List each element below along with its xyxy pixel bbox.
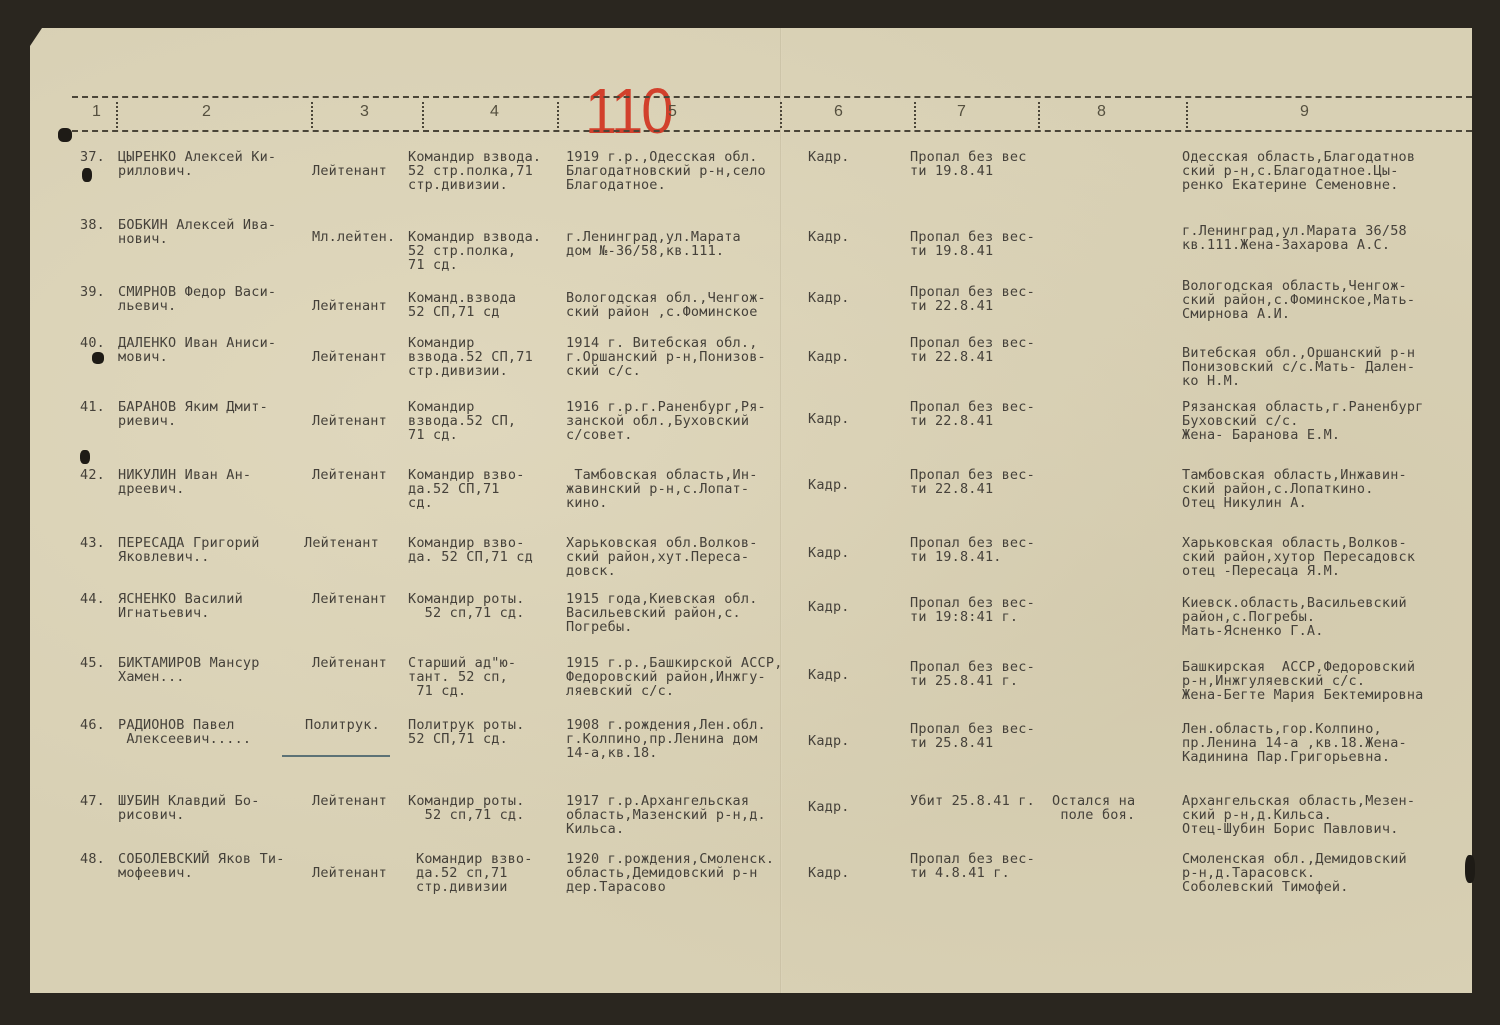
row-number: 44. — [80, 592, 105, 606]
rank: Лейтенант — [304, 536, 379, 550]
ink-underline — [282, 755, 390, 757]
birth-address: 1915 года,Киевская обл. Васильевский рай… — [566, 592, 758, 634]
fate: Пропал без вес- ти 4.8.41 г. — [910, 852, 1035, 880]
row-number: 40. — [80, 336, 105, 350]
position: Командир роты. 52 сп,71 сд. — [408, 794, 525, 822]
column-number: 5 — [668, 103, 677, 121]
position: Командир взвода. 52 стр.полка, 71 сд. — [408, 230, 541, 272]
service-type: Кадр. — [808, 230, 850, 244]
column-number: 2 — [202, 103, 211, 121]
service-type: Кадр. — [808, 866, 850, 880]
person-name: ШУБИН Клавдий Бо- рисович. — [118, 794, 260, 822]
service-type: Кадр. — [808, 412, 850, 426]
column-number: 3 — [360, 103, 369, 121]
column-number: 7 — [957, 103, 966, 121]
row-number: 41. — [80, 400, 105, 414]
ink-blot — [58, 128, 72, 142]
person-name: НИКУЛИН Иван Ан- дреевич. — [118, 468, 251, 496]
column-number: 1 — [92, 103, 101, 121]
fate: Пропал без вес- ти 22.8.41 — [910, 468, 1035, 496]
column-separator — [557, 102, 559, 128]
family-address: Вологодская область,Ченгож- ский район,с… — [1182, 279, 1415, 321]
position: Командир взво- да. 52 СП,71 сд — [408, 536, 533, 564]
fate: Пропал без вес- ти 22.8.41 — [910, 400, 1035, 428]
rank: Лейтенант — [312, 336, 387, 364]
header-rule-bottom — [72, 130, 1472, 132]
rank: Лейтенант — [312, 794, 387, 808]
family-address: Харьковская область,Волков- ский район,х… — [1182, 536, 1415, 578]
family-address: Киевск.область,Васильевский район,с.Погр… — [1182, 596, 1407, 638]
birth-address: 1916 г.р.г.Раненбург,Ря- занской обл.,Бу… — [566, 400, 766, 442]
fate: Пропал без вес- ти 19:8:41 г. — [910, 596, 1035, 624]
fate: Пропал без вес- ти 19.8.41 — [910, 230, 1035, 258]
family-address: Рязанская область,г.Раненбург Буховский … — [1182, 400, 1424, 442]
fate: Пропал без вес- ти 22.8.41 — [910, 285, 1035, 313]
rank: Мл.лейтен. — [312, 230, 395, 244]
row-number: 38. — [80, 218, 105, 232]
birth-address: 1915 г.р.,Башкирской АССР, Федоровский р… — [566, 656, 783, 698]
archive-page-stamp: 110 — [585, 75, 671, 149]
rank: Политрук. — [305, 718, 380, 732]
birth-address: 1919 г.р.,Одесская обл. Благодатновский … — [566, 150, 766, 192]
person-name: СМИРНОВ Федор Васи- льевич. — [118, 285, 276, 313]
column-number: 9 — [1300, 103, 1309, 121]
fate: Пропал без вес- ти 25.8.41 г. — [910, 660, 1035, 688]
service-type: Кадр. — [808, 478, 850, 492]
fate: Пропал без вес- ти 19.8.41. — [910, 536, 1035, 564]
birth-address: 1914 г. Витебская обл., г.Оршанский р-н,… — [566, 336, 766, 378]
position: Командир взвода.52 СП,71 стр.дивизии. — [408, 336, 533, 378]
row-number: 37. — [80, 150, 105, 164]
person-name: ДАЛЕНКО Иван Аниси- мович. — [118, 336, 276, 364]
row-number: 46. — [80, 718, 105, 732]
rank: Лейтенант — [312, 150, 387, 178]
position: Командир взвода.52 СП, 71 сд. — [408, 400, 516, 442]
birth-address: Харьковская обл.Волков- ский район,хут.П… — [566, 536, 758, 578]
column-separator — [914, 102, 916, 128]
person-name: БАРАНОВ Яким Дмит- риевич. — [118, 400, 268, 428]
row-number: 39. — [80, 285, 105, 299]
ink-blot — [80, 450, 90, 464]
service-type: Кадр. — [808, 546, 850, 560]
column-separator — [422, 102, 424, 128]
person-name: ЦЫРЕНКО Алексей Ки- риллович. — [118, 150, 276, 178]
family-address: Тамбовская область,Инжавин- ский район,с… — [1182, 468, 1407, 510]
person-name: СОБОЛЕВСКИЙ Яков Ти- мофеевич. — [118, 852, 285, 880]
column-separator — [1038, 102, 1040, 128]
rank: Лейтенант — [312, 656, 387, 670]
family-address: Архангельская область,Мезен- ский р-н,д.… — [1182, 794, 1415, 836]
person-name: ЯСНЕНКО Василий Игнатьевич. — [118, 592, 243, 620]
row-number: 47. — [80, 794, 105, 808]
person-name: ПЕРЕСАДА Григорий Яковлевич.. — [118, 536, 260, 564]
person-name: БОБКИН Алексей Ива- нович. — [118, 218, 276, 246]
row-number: 42. — [80, 468, 105, 482]
header-rule-top — [72, 96, 1472, 98]
column-number: 8 — [1097, 103, 1106, 121]
column-separator — [780, 102, 782, 128]
rank: Лейтенант — [312, 285, 387, 313]
birth-address: 1908 г.рождения,Лен.обл. г.Колпино,пр.Ле… — [566, 718, 766, 760]
position: Командир взво- да.52 СП,71 сд. — [408, 468, 525, 510]
family-address: Башкирская АССР,Федоровский р-н,Инжгуляе… — [1182, 660, 1424, 702]
column-number: 4 — [490, 103, 499, 121]
column-separator — [1186, 102, 1188, 128]
service-type: Кадр. — [808, 734, 850, 748]
page-fold — [780, 28, 782, 993]
fate: Пропал без вес ти 19.8.41 — [910, 150, 1027, 178]
position: Старший ад"ю- тант. 52 сп, 71 сд. — [408, 656, 516, 698]
birth-address: Вологодская обл.,Ченгож- ский район ,с.Ф… — [566, 291, 766, 319]
fate: Пропал без вес- ти 25.8.41 — [910, 722, 1035, 750]
rank: Лейтенант — [312, 400, 387, 428]
ink-blot — [92, 352, 104, 364]
row-number: 43. — [80, 536, 105, 550]
family-address: Одесская область,Благодатнов ский р-н,с.… — [1182, 150, 1415, 192]
fate: Пропал без вес- ти 22.8.41 — [910, 336, 1035, 364]
ink-blot — [1465, 855, 1475, 883]
position: Команд.взвода 52 СП,71 сд — [408, 291, 516, 319]
position: Командир взвода. 52 стр.полка,71 стр.див… — [408, 150, 541, 192]
birth-address: 1920 г.рождения,Смоленск. область,Демидо… — [566, 852, 774, 894]
service-type: Кадр. — [808, 350, 850, 364]
column-separator — [116, 102, 118, 128]
rank: Лейтенант — [312, 592, 387, 606]
row-number: 45. — [80, 656, 105, 670]
service-type: Кадр. — [808, 600, 850, 614]
service-type: Кадр. — [808, 150, 850, 164]
person-name: БИКТАМИРОВ Мансур Хамен... — [118, 656, 260, 684]
family-address: г.Ленинград,ул.Марата 36/58 кв.111.Жена-… — [1182, 224, 1407, 252]
person-name: РАДИОНОВ Павел Алексеевич..... — [118, 718, 251, 746]
birth-address: 1917 г.р.Архангельская область,Мазенский… — [566, 794, 766, 836]
position: Политрук роты. 52 СП,71 сд. — [408, 718, 525, 746]
row-number: 48. — [80, 852, 105, 866]
service-type: Кадр. — [808, 800, 850, 814]
note: Остался на поле боя. — [1052, 794, 1135, 822]
column-separator — [311, 102, 313, 128]
ink-blot — [82, 168, 92, 182]
family-address: Витебская обл.,Оршанский р-н Понизовский… — [1182, 346, 1415, 388]
rank: Лейтенант — [312, 852, 387, 880]
position: Командир роты. 52 сп,71 сд. — [408, 592, 525, 620]
service-type: Кадр. — [808, 668, 850, 682]
family-address: Лен.область,гор.Колпино, пр.Ленина 14-а … — [1182, 722, 1407, 764]
fate: Убит 25.8.41 г. — [910, 794, 1035, 808]
column-number: 6 — [834, 103, 843, 121]
service-type: Кадр. — [808, 291, 850, 305]
position: Командир взво- да.52 сп,71 стр.дивизии — [416, 852, 533, 894]
family-address: Смоленская обл.,Демидовский р-н,д.Тарасо… — [1182, 852, 1407, 894]
birth-address: г.Ленинград,ул.Марата дом №-36/58,кв.111… — [566, 230, 741, 258]
birth-address: Тамбовская область,Ин- жавинский р-н,с.Л… — [566, 468, 758, 510]
rank: Лейтенант — [312, 468, 387, 482]
